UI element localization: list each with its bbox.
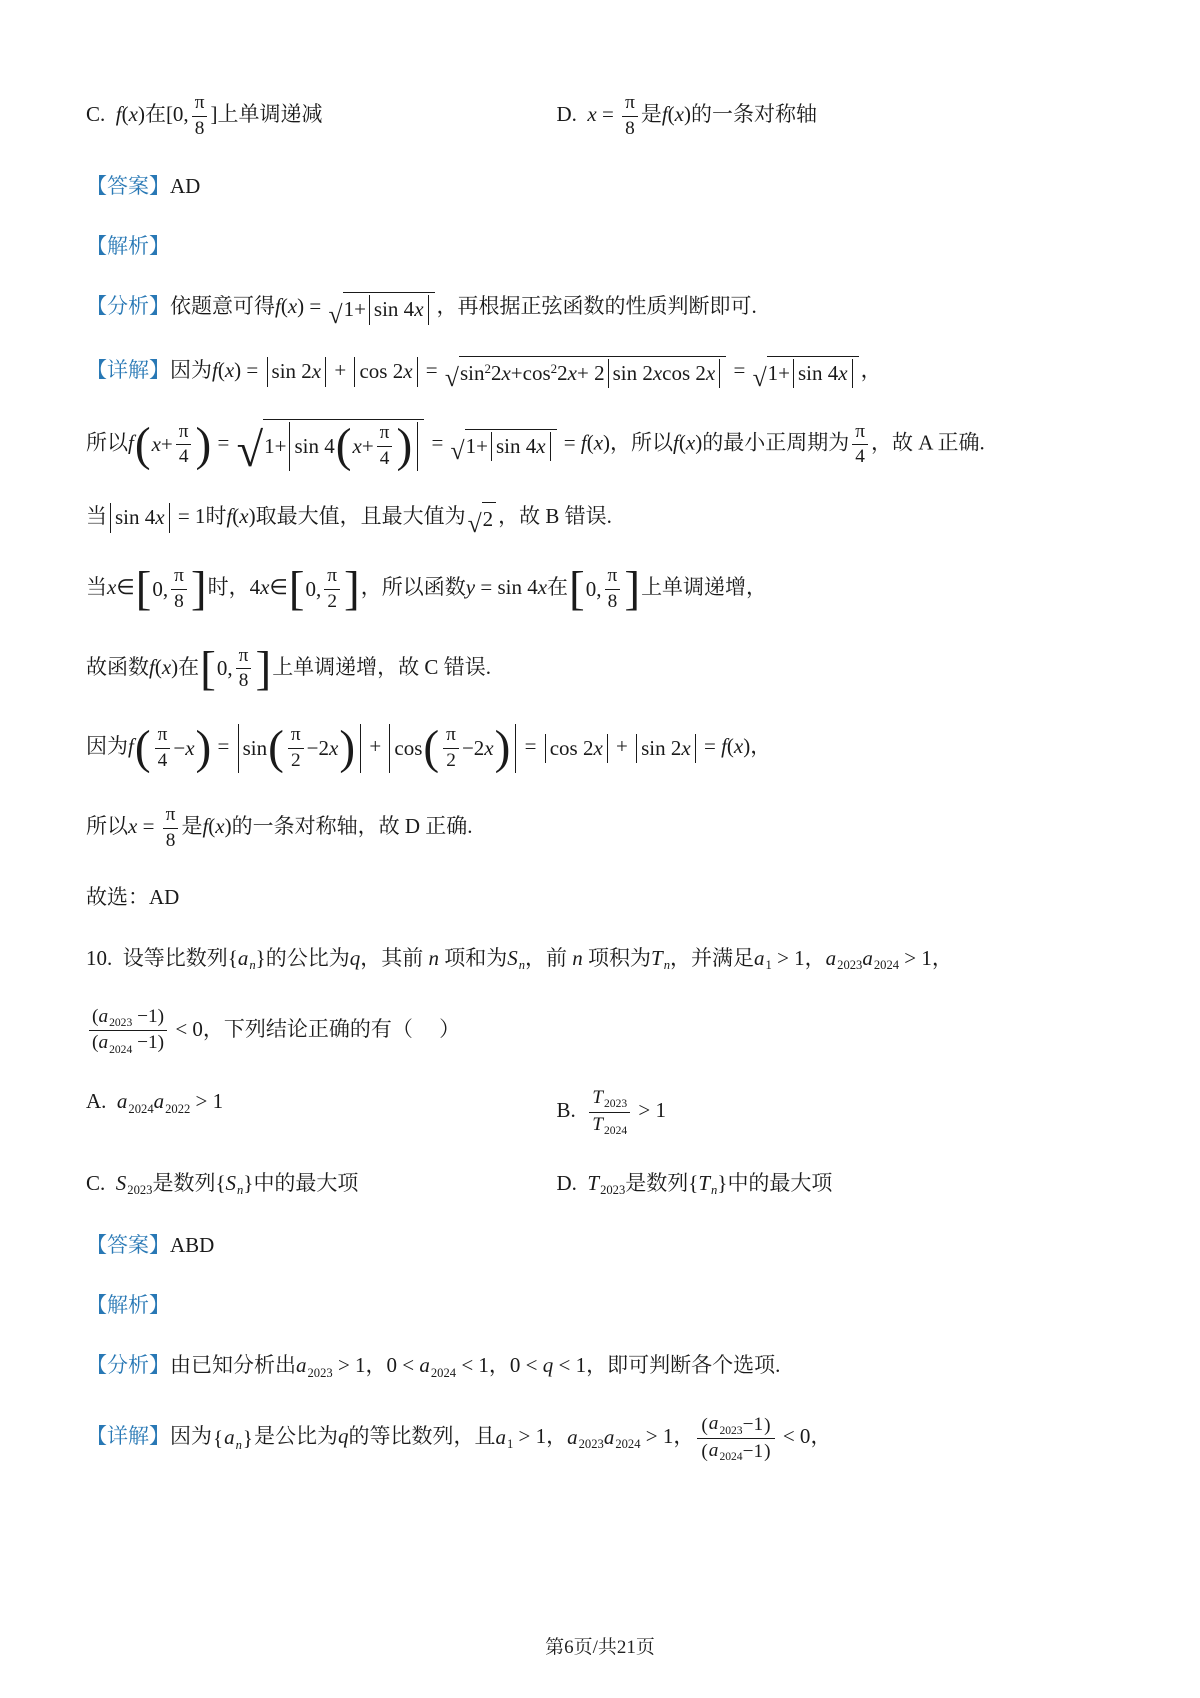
math-upright: cos 2 bbox=[550, 734, 594, 763]
section-label: 【详解】 bbox=[86, 358, 170, 382]
derivation-period-line: 所以f(x+π4) = √1+sin 4(x+π4) = √1+sin 4x =… bbox=[86, 419, 1120, 471]
math-variable: y bbox=[466, 575, 475, 599]
bracket-group: (π2−2x) bbox=[423, 724, 510, 773]
math-upright: > 1 bbox=[899, 946, 932, 970]
section-label: 【分析】 bbox=[86, 1353, 170, 1377]
bracket-group: [0,π8] bbox=[569, 565, 640, 614]
bracket-group: (x+π4) bbox=[135, 421, 211, 470]
math-subscripted: Tn bbox=[651, 946, 670, 970]
math-variable: x bbox=[185, 734, 194, 763]
question-10-condition: (a2023 −1)(a2024 −1) < 0，下列结论正确的有（ ） bbox=[86, 1006, 1120, 1056]
math-upright: + 2 bbox=[577, 359, 605, 388]
math-upright: 1+ bbox=[264, 432, 286, 461]
math-upright: { bbox=[215, 1171, 225, 1195]
absolute-value: sin 4x bbox=[110, 503, 170, 532]
absolute-value: sin 2x bbox=[267, 357, 327, 386]
math-upright: > 1 bbox=[641, 1425, 674, 1449]
math-subscripted: a2024 bbox=[419, 1353, 456, 1377]
fraction: π8 bbox=[605, 565, 621, 614]
text: 是数列 bbox=[625, 1171, 688, 1195]
math-upright: = 1 bbox=[173, 504, 206, 528]
text: 所以 bbox=[86, 431, 128, 455]
math-subscripted: a2022 bbox=[154, 1089, 191, 1113]
math-upright: 2 bbox=[291, 750, 301, 771]
math-variable: x bbox=[706, 359, 715, 388]
fraction: (a2023 −1)(a2024 −1) bbox=[697, 1413, 774, 1463]
math-upright: 1+ bbox=[344, 295, 366, 324]
math-upright: = bbox=[519, 734, 541, 758]
math-upright: } bbox=[243, 1171, 253, 1195]
math-upright: π bbox=[195, 92, 205, 113]
math-upright: π bbox=[380, 422, 390, 443]
math-upright: −2 bbox=[307, 734, 329, 763]
bracket-group: (π4−x) bbox=[135, 724, 211, 773]
math-variable: f bbox=[128, 734, 134, 758]
absolute-value: sin 4x bbox=[369, 295, 429, 324]
page-footer: 第6页/共21页 bbox=[0, 1635, 1200, 1662]
text: ， bbox=[932, 946, 953, 970]
math-upright: −1 bbox=[743, 1414, 764, 1437]
math-variable: x bbox=[162, 655, 171, 679]
math-upright: + bbox=[364, 734, 386, 758]
math-upright: π bbox=[179, 421, 189, 442]
document-page: C. f(x)在[0,π8]上单调递减D. x = π8是f(x)的一条对称轴【… bbox=[0, 0, 1200, 1698]
text: 在 bbox=[547, 575, 568, 599]
math-upright: C. bbox=[86, 102, 116, 126]
text: 由已知分析出 bbox=[170, 1353, 296, 1377]
math-subscripted: a2024 bbox=[862, 946, 899, 970]
math-upright: 2 bbox=[446, 750, 456, 771]
text: ， bbox=[546, 1425, 567, 1449]
math-upright: 4 bbox=[380, 448, 390, 469]
fraction: π8 bbox=[163, 804, 179, 853]
math-upright: sin bbox=[243, 734, 268, 763]
option-left: A. a2024a2022 > 1 bbox=[86, 1087, 556, 1118]
section-label: 【分析】 bbox=[86, 294, 170, 318]
math-subscripted: a2023 bbox=[296, 1353, 333, 1377]
radical-sign: √ bbox=[451, 440, 465, 461]
text: ， bbox=[810, 1425, 831, 1449]
math-variable: x bbox=[225, 358, 234, 382]
math-upright: 0, bbox=[217, 654, 233, 683]
math-upright: sin 2 bbox=[641, 734, 681, 763]
text: 项和为 bbox=[444, 946, 507, 970]
math-upright: + bbox=[511, 359, 523, 388]
math-upright: < 0 bbox=[778, 1425, 811, 1449]
math-upright: 4 bbox=[855, 446, 865, 467]
derivation-interval-line: 当x∈[0,π8]时，4x∈[0,π2]，所以函数y = sin 4x在[0,π… bbox=[86, 565, 1120, 614]
math-upright: > 1 bbox=[333, 1353, 366, 1377]
math-upright: −1) bbox=[132, 1006, 164, 1027]
fraction: π8 bbox=[622, 92, 638, 141]
text: 设等比数列 bbox=[123, 946, 228, 970]
fraction: π8 bbox=[171, 565, 187, 614]
math-upright: π bbox=[166, 804, 176, 825]
math-upright: cos bbox=[394, 734, 422, 763]
math-subscripted: a2023 bbox=[98, 1006, 132, 1027]
math-upright: 8 bbox=[174, 591, 184, 612]
math-upright: > 1 bbox=[633, 1098, 666, 1122]
math-upright: 0, bbox=[306, 575, 322, 604]
math-upright: D. bbox=[556, 1171, 587, 1195]
square-root: √1+sin 4(x+π4) bbox=[237, 419, 425, 471]
math-subscripted: a2024 bbox=[98, 1032, 132, 1053]
text: 的一条对称轴 bbox=[691, 102, 817, 126]
math-subscripted: an bbox=[238, 946, 256, 970]
math-upright: ABD bbox=[170, 1233, 214, 1257]
absolute-value: cos 2x bbox=[354, 357, 417, 386]
text: ，即可判断各个选项. bbox=[586, 1353, 780, 1377]
section-label: 【详解】 bbox=[86, 1425, 170, 1449]
math-subscripted: Sn bbox=[226, 1171, 244, 1195]
text: ，所以 bbox=[610, 431, 673, 455]
math-variable: x bbox=[152, 430, 161, 459]
fraction: π8 bbox=[192, 92, 208, 141]
math-subscripted: T2023 bbox=[592, 1087, 627, 1108]
text: 当 bbox=[86, 504, 107, 528]
math-upright: ∈ bbox=[116, 575, 134, 599]
math-subscripted: T2023 bbox=[587, 1171, 625, 1195]
text: 的一条对称轴，故 D 正确. bbox=[232, 814, 473, 838]
math-variable: x bbox=[484, 734, 493, 763]
math-variable: x bbox=[538, 575, 547, 599]
bracket-group: (π2−2x) bbox=[268, 724, 355, 773]
bracket-group: [0,π2] bbox=[289, 565, 360, 614]
derivation-max-line: 当sin 4x = 1时f(x)取最大值，且最大值为√2，故 B 错误. bbox=[86, 502, 1120, 534]
options-row-q9-cd: C. f(x)在[0,π8]上单调递减D. x = π8是f(x)的一条对称轴 bbox=[86, 92, 1120, 141]
math-upright: ) = bbox=[234, 358, 263, 382]
fraction: π2 bbox=[443, 724, 459, 773]
option-left: C. f(x)在[0,π8]上单调递减 bbox=[86, 92, 556, 141]
math-upright: { bbox=[688, 1171, 698, 1195]
math-upright: AD bbox=[149, 885, 179, 909]
math-subscripted: S2023 bbox=[116, 1171, 153, 1195]
conclusion-d-line: 所以x = π8是f(x)的一条对称轴，故 D 正确. bbox=[86, 804, 1120, 853]
math-variable: x bbox=[734, 734, 743, 758]
fraction: π4 bbox=[377, 422, 393, 471]
fraction: π4 bbox=[176, 421, 192, 470]
math-variable: x bbox=[329, 734, 338, 763]
absolute-value: sin 2x bbox=[636, 734, 696, 763]
math-variable: x bbox=[681, 734, 690, 763]
math-variable: x bbox=[653, 359, 662, 388]
page-number: 第6页/共21页 bbox=[545, 1637, 655, 1658]
text: ， bbox=[673, 1425, 694, 1449]
math-subscripted: a2024 bbox=[604, 1425, 641, 1449]
text: ，下列结论正确的有（ ） bbox=[203, 1017, 460, 1041]
text: ，再根据正弦函数的性质判断即可. bbox=[437, 294, 757, 318]
math-subscripted: a2023 bbox=[567, 1425, 604, 1449]
math-upright: < 1 bbox=[553, 1353, 586, 1377]
jiexi-label-q9: 【解析】 bbox=[86, 232, 1120, 261]
math-variable: n bbox=[567, 946, 588, 970]
radical-sign: √ bbox=[237, 432, 264, 471]
math-variable: q bbox=[350, 946, 361, 970]
absolute-value: sin 4x bbox=[793, 359, 853, 388]
text: 的等比数列，且 bbox=[348, 1425, 495, 1449]
math-variable: n bbox=[423, 946, 444, 970]
math-upright: ( bbox=[587, 431, 594, 455]
math-upright: + bbox=[161, 430, 173, 459]
text: ， bbox=[805, 946, 826, 970]
math-upright: 8 bbox=[625, 118, 635, 139]
math-power: cos2 bbox=[523, 359, 558, 388]
math-upright: ( bbox=[218, 358, 225, 382]
text: 所以 bbox=[86, 814, 128, 838]
math-upright: 0 < bbox=[387, 1353, 420, 1377]
radical-sign: √ bbox=[753, 367, 767, 388]
math-upright: 8 bbox=[195, 118, 205, 139]
math-upright: 0 < bbox=[510, 1353, 543, 1377]
math-upright: C. bbox=[86, 1171, 116, 1195]
math-upright: ) = bbox=[297, 294, 326, 318]
radical-sign: √ bbox=[468, 513, 482, 534]
text: ，前 bbox=[525, 946, 567, 970]
section-label: 【答案】 bbox=[86, 1233, 170, 1257]
math-upright: A. bbox=[86, 1089, 117, 1113]
text: 项积为 bbox=[588, 946, 651, 970]
math-upright: ) bbox=[603, 431, 610, 455]
math-upright: ( bbox=[668, 102, 675, 126]
text: 的最小正周期为 bbox=[702, 431, 849, 455]
math-upright: = bbox=[212, 734, 234, 758]
text: 当 bbox=[86, 575, 107, 599]
math-upright: = bbox=[597, 102, 619, 126]
bracket-group: (a2023 −1) bbox=[701, 1413, 770, 1437]
math-upright: = bbox=[212, 431, 234, 455]
math-upright: ( bbox=[679, 431, 686, 455]
square-root: √1+sin 4x bbox=[753, 356, 859, 388]
math-upright: π bbox=[174, 565, 184, 586]
text: 中的最大项 bbox=[253, 1171, 358, 1195]
math-upright: + bbox=[329, 358, 351, 382]
math-upright: 2 bbox=[557, 359, 568, 388]
math-power: sin2 bbox=[460, 359, 491, 388]
text: 因为 bbox=[86, 734, 128, 758]
math-upright: sin 4 bbox=[294, 432, 334, 461]
fraction: π2 bbox=[288, 724, 304, 773]
bracket-group: [0,π8] bbox=[136, 565, 207, 614]
jiexi-label-q10: 【解析】 bbox=[86, 1291, 1120, 1320]
math-upright: π bbox=[625, 92, 635, 113]
math-upright: sin 4 bbox=[115, 503, 155, 532]
math-subscripted: Tn bbox=[698, 1171, 717, 1195]
math-upright: 4 bbox=[250, 575, 261, 599]
question-10-stem: 10. 设等比数列{an}的公比为q，其前 n 项和为Sn，前 n 项积为Tn，… bbox=[86, 944, 1120, 975]
math-upright: > 1 bbox=[190, 1089, 223, 1113]
fraction: (a2023 −1)(a2024 −1) bbox=[89, 1006, 167, 1056]
fenxi-line-q9: 【分析】依题意可得f(x) = √1+sin 4x，再根据正弦函数的性质判断即可… bbox=[86, 292, 1120, 324]
fraction: π4 bbox=[155, 724, 171, 773]
math-upright: > 1 bbox=[513, 1425, 546, 1449]
text: ，故 A 正确. bbox=[871, 431, 985, 455]
math-subscripted: a2024 bbox=[709, 1440, 743, 1464]
radical-sign: √ bbox=[329, 304, 343, 325]
math-variable: x bbox=[501, 359, 510, 388]
math-subscripted: a2024 bbox=[117, 1089, 154, 1113]
math-variable: x bbox=[215, 814, 224, 838]
section-label: 【答案】 bbox=[86, 174, 170, 198]
math-upright: ( bbox=[122, 102, 129, 126]
math-upright: sin 4 bbox=[798, 359, 838, 388]
math-variable: x bbox=[353, 432, 362, 461]
math-upright: 0, bbox=[152, 575, 168, 604]
math-subscripted: an bbox=[224, 1423, 242, 1454]
math-upright: − bbox=[173, 734, 185, 763]
document-content: C. f(x)在[0,π8]上单调递减D. x = π8是f(x)的一条对称轴【… bbox=[0, 0, 1200, 1464]
math-variable: x bbox=[239, 504, 248, 528]
math-variable: x bbox=[594, 431, 603, 455]
text: 因为 bbox=[170, 1425, 212, 1449]
text: 时 bbox=[205, 504, 226, 528]
math-upright: π bbox=[327, 565, 337, 586]
text: 时， bbox=[208, 575, 250, 599]
derivation-symmetry-line: 因为f(π4−x) = sin(π2−2x) + cos(π2−2x) = co… bbox=[86, 724, 1120, 773]
math-variable: x bbox=[312, 357, 321, 386]
text: 上单调递减 bbox=[217, 102, 322, 126]
fenxi-line-q10: 【分析】由已知分析出a2023 > 1，0 < a2024 < 1，0 < q … bbox=[86, 1351, 1120, 1382]
math-upright: 4 bbox=[179, 446, 189, 467]
fraction: π2 bbox=[324, 565, 340, 614]
xiangjie-line-q10: 【详解】因为{an}是公比为q的等比数列，且a1 > 1，a2023a2024 … bbox=[86, 1413, 1120, 1463]
math-upright: ) bbox=[249, 504, 256, 528]
math-variable: x bbox=[593, 734, 602, 763]
math-upright: < 1 bbox=[456, 1353, 489, 1377]
math-upright: cos 2 bbox=[662, 359, 706, 388]
text: 因为 bbox=[170, 358, 212, 382]
math-variable: x bbox=[128, 814, 137, 838]
math-upright: sin 2 bbox=[613, 359, 653, 388]
text: 依题意可得 bbox=[170, 294, 275, 318]
text: 取最大值，且最大值为 bbox=[256, 504, 466, 528]
text: ， bbox=[861, 358, 882, 382]
math-upright: 8 bbox=[239, 670, 249, 691]
math-subscripted: a2023 bbox=[709, 1413, 743, 1437]
math-variable: x bbox=[568, 359, 577, 388]
math-upright: π bbox=[239, 645, 249, 666]
absolute-value: sin(π2−2x) bbox=[238, 724, 361, 773]
option-right: D. T2023是数列{Tn}中的最大项 bbox=[556, 1169, 1120, 1200]
bracket-group: [0,π8] bbox=[200, 645, 271, 694]
text: 是 bbox=[641, 102, 662, 126]
option-right: B. T2023T2024 > 1 bbox=[556, 1087, 1120, 1137]
text: 上单调递增， bbox=[641, 575, 767, 599]
fraction: π8 bbox=[236, 645, 252, 694]
math-upright: −2 bbox=[462, 734, 484, 763]
math-variable: f bbox=[128, 431, 134, 455]
math-upright: = bbox=[137, 814, 159, 838]
math-upright: −1 bbox=[743, 1441, 764, 1464]
bracket-group: (x+π4) bbox=[336, 422, 412, 471]
math-subscripted: a1 bbox=[495, 1425, 513, 1449]
math-upright: 0, bbox=[586, 575, 602, 604]
math-upright: = sin 4 bbox=[475, 575, 538, 599]
text: 故函数 bbox=[86, 655, 149, 679]
bracket-group: (a2024 −1) bbox=[701, 1440, 770, 1464]
math-upright: 4 bbox=[158, 750, 168, 771]
math-variable: x bbox=[414, 295, 423, 324]
math-upright: cos 2 bbox=[359, 357, 403, 386]
square-root: √1+sin 4x bbox=[329, 292, 435, 324]
square-root: √2 bbox=[468, 502, 497, 534]
section-label: 【解析】 bbox=[86, 1293, 170, 1317]
text: 是数列 bbox=[152, 1171, 215, 1195]
math-variable: x bbox=[107, 575, 116, 599]
math-variable: x bbox=[129, 102, 138, 126]
derivation-increase-line: 故函数f(x)在[0,π8]上单调递增，故 C 错误. bbox=[86, 645, 1120, 694]
text: ，并满足 bbox=[670, 946, 754, 970]
math-upright: = bbox=[426, 431, 448, 455]
math-upright: } bbox=[717, 1171, 727, 1195]
math-variable: x bbox=[587, 102, 596, 126]
math-upright: π bbox=[291, 724, 301, 745]
math-upright: } bbox=[256, 946, 266, 970]
math-upright: ( bbox=[727, 734, 734, 758]
math-upright: π bbox=[608, 565, 618, 586]
math-variable: x bbox=[675, 102, 684, 126]
math-upright: = bbox=[699, 734, 721, 758]
math-upright: ( bbox=[281, 294, 288, 318]
absolute-value: cos 2x bbox=[545, 734, 608, 763]
math-variable: q bbox=[543, 1353, 554, 1377]
math-upright: ) bbox=[138, 102, 145, 126]
fraction: π4 bbox=[852, 421, 868, 470]
section-label: 【解析】 bbox=[86, 234, 170, 258]
text: 是公比为 bbox=[254, 1425, 338, 1449]
option-right: D. x = π8是f(x)的一条对称轴 bbox=[556, 92, 1120, 141]
absolute-value: sin 2x cos 2x bbox=[608, 359, 721, 388]
math-upright: 8 bbox=[608, 591, 618, 612]
math-upright: ) bbox=[684, 102, 691, 126]
bracket-group: {an} bbox=[213, 1423, 253, 1454]
text: 在 bbox=[145, 102, 166, 126]
math-variable: x bbox=[155, 503, 164, 532]
math-subscripted: a2023 bbox=[826, 946, 863, 970]
math-upright: −1) bbox=[132, 1032, 164, 1053]
math-upright: > 1 bbox=[772, 946, 805, 970]
option-left: C. S2023是数列{Sn}中的最大项 bbox=[86, 1169, 556, 1200]
math-variable: q bbox=[338, 1425, 349, 1449]
math-upright: 2 bbox=[483, 505, 494, 534]
math-subscripted: Sn bbox=[507, 946, 525, 970]
text: ，故 B 错误. bbox=[498, 504, 612, 528]
math-upright: ∈ bbox=[269, 575, 287, 599]
math-upright: ) bbox=[225, 814, 232, 838]
math-variable: x bbox=[838, 359, 847, 388]
math-upright: π bbox=[855, 421, 865, 442]
math-subscripted: T2024 bbox=[592, 1114, 627, 1135]
math-upright: = bbox=[728, 358, 750, 382]
math-upright: sin 4 bbox=[496, 432, 536, 461]
math-upright: < 0 bbox=[170, 1017, 203, 1041]
text: ，所以函数 bbox=[361, 575, 466, 599]
math-variable: x bbox=[686, 431, 695, 455]
math-upright: D. bbox=[556, 102, 587, 126]
math-upright: 8 bbox=[166, 830, 176, 851]
math-upright: 2 bbox=[491, 359, 502, 388]
math-upright: B. bbox=[556, 1098, 586, 1122]
final-choice-q9: 故选：AD bbox=[86, 883, 1120, 912]
math-variable: x bbox=[403, 357, 412, 386]
math-upright: = bbox=[559, 431, 581, 455]
text: 上单调递增，故 C 错误. bbox=[272, 655, 491, 679]
absolute-value: cos(π2−2x) bbox=[389, 724, 516, 773]
math-upright: = bbox=[421, 358, 443, 382]
fraction: T2023T2024 bbox=[589, 1087, 630, 1137]
text: ， bbox=[750, 734, 771, 758]
math-upright: AD bbox=[170, 174, 200, 198]
answer-line-q10: 【答案】ABD bbox=[86, 1231, 1120, 1260]
